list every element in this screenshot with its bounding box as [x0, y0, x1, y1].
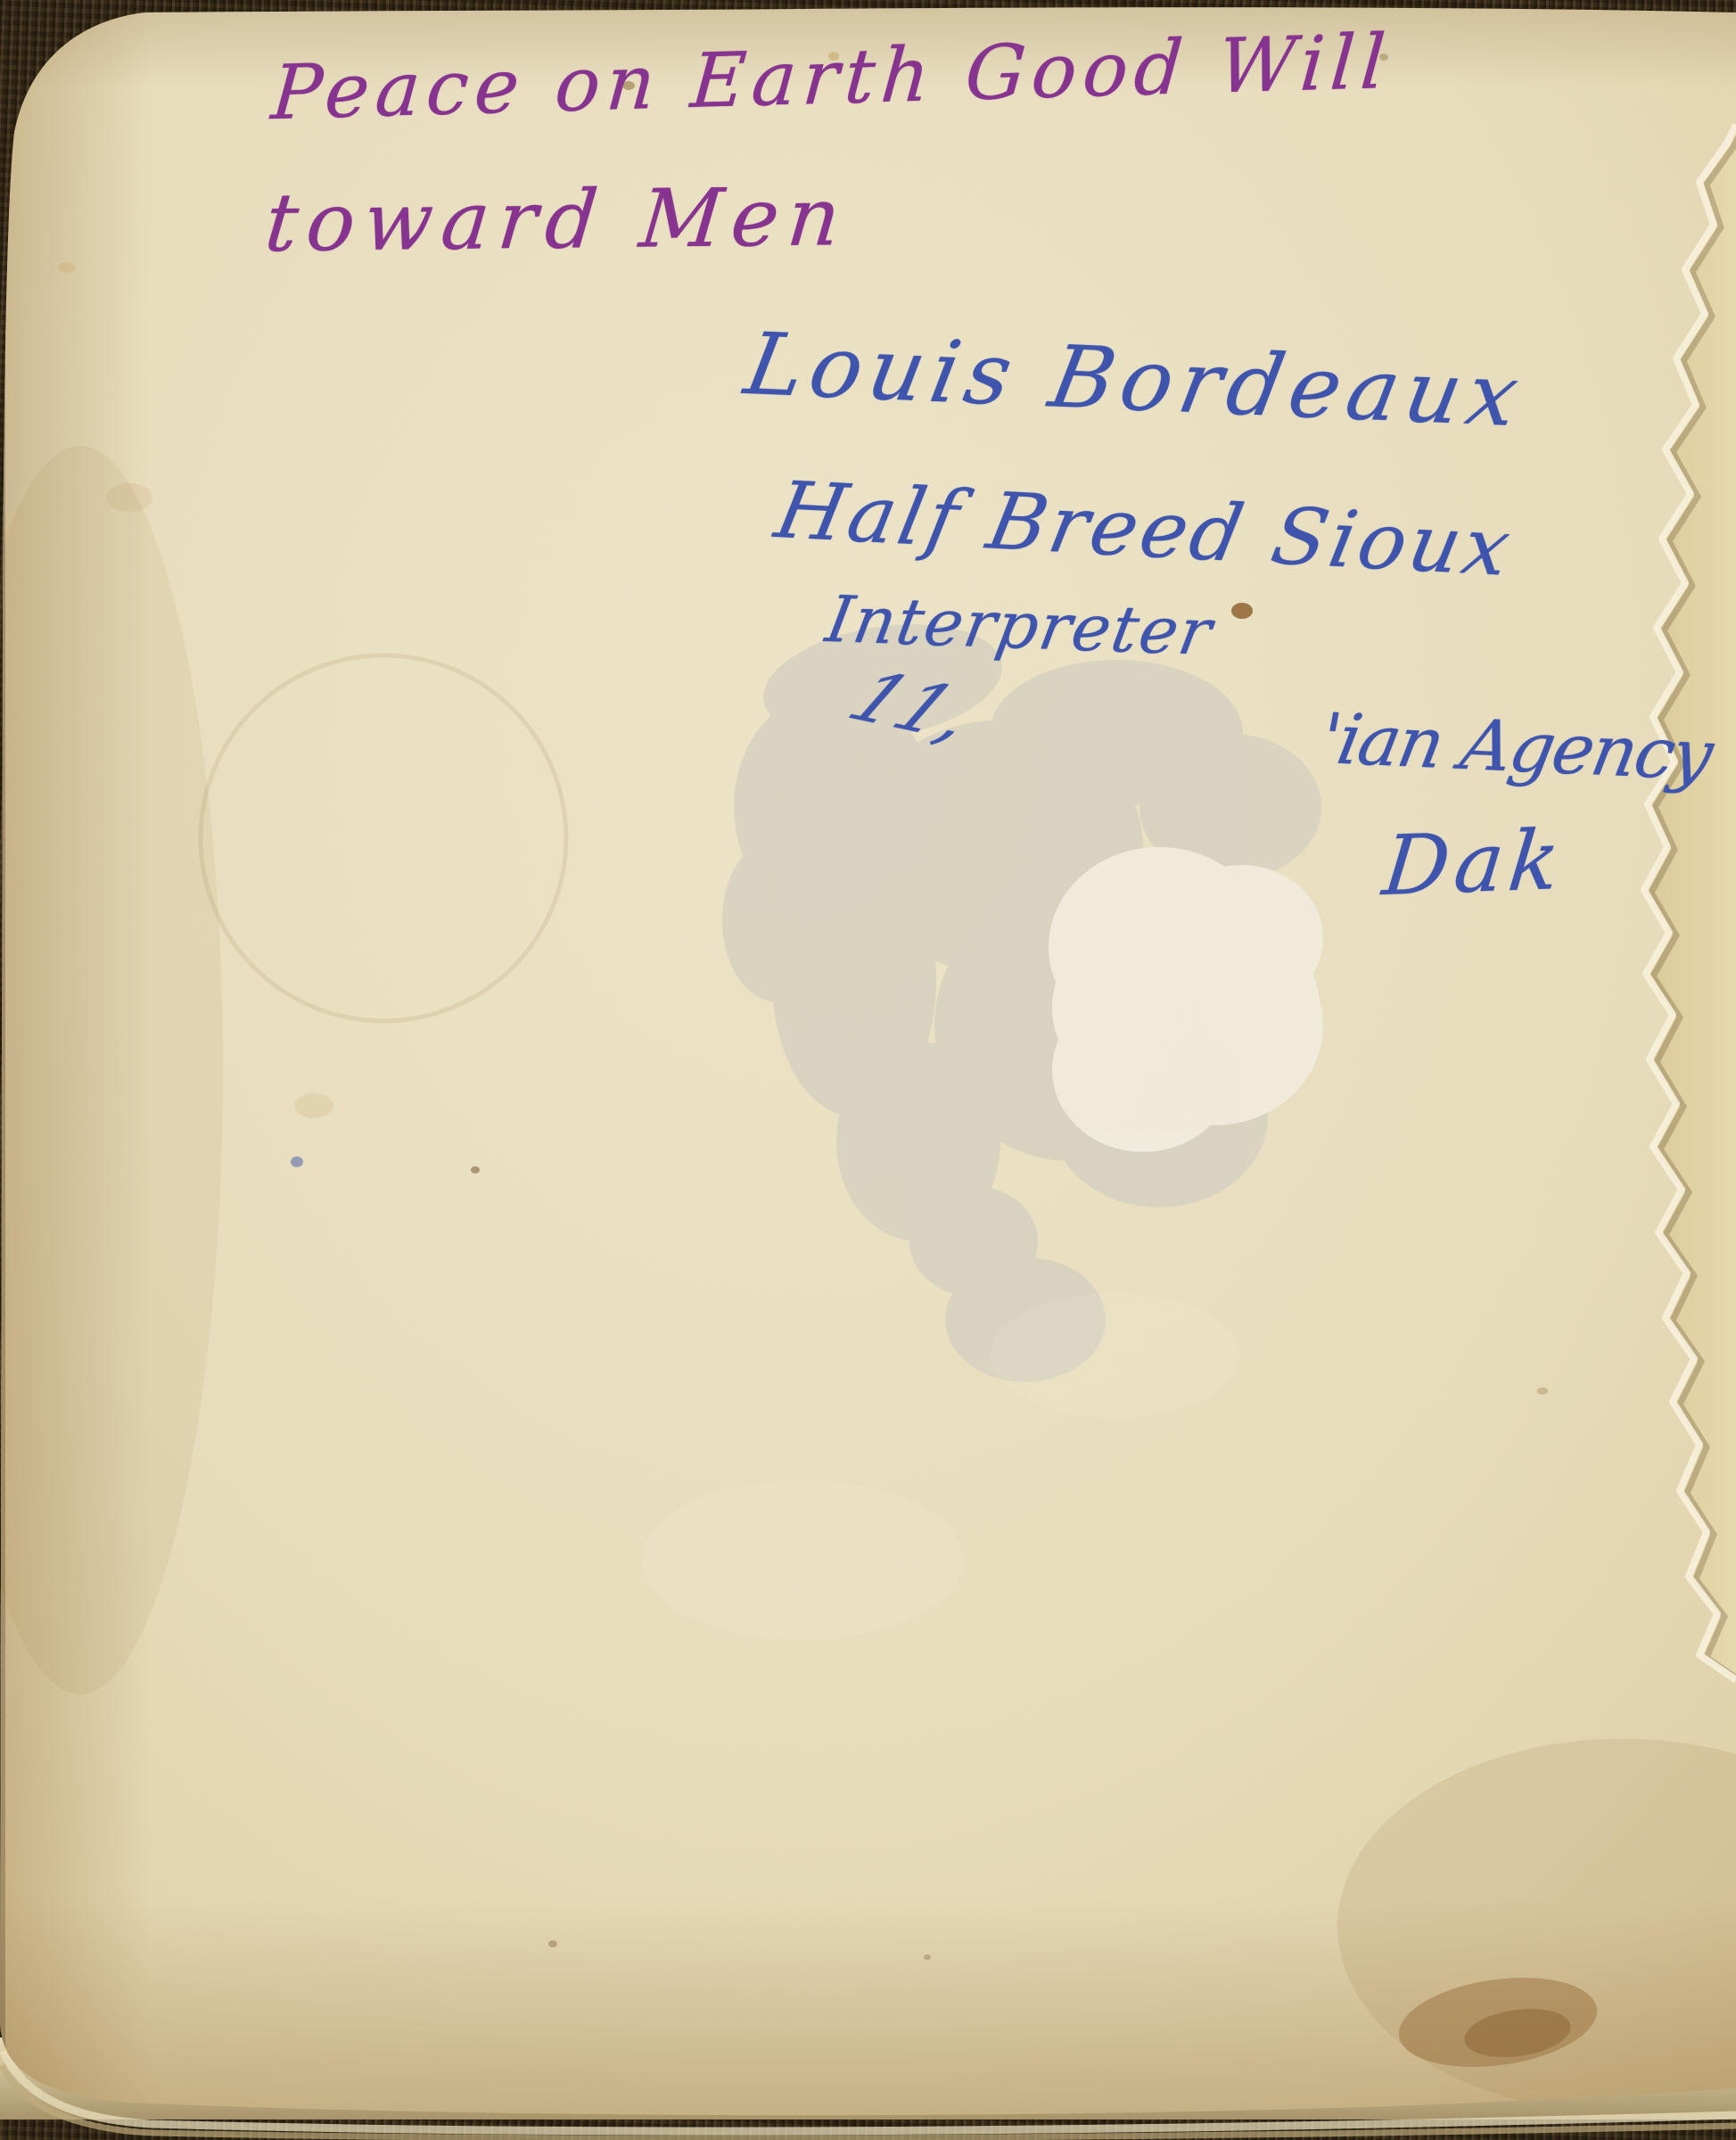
location-text: Dak [1378, 812, 1569, 915]
album-page-scan: Peace on Earth Good Will toward Men Loui… [0, 0, 1736, 2140]
agency-text-fragment: 'ian Agency [1314, 699, 1717, 795]
inscription-line-2: toward Men [261, 170, 853, 270]
